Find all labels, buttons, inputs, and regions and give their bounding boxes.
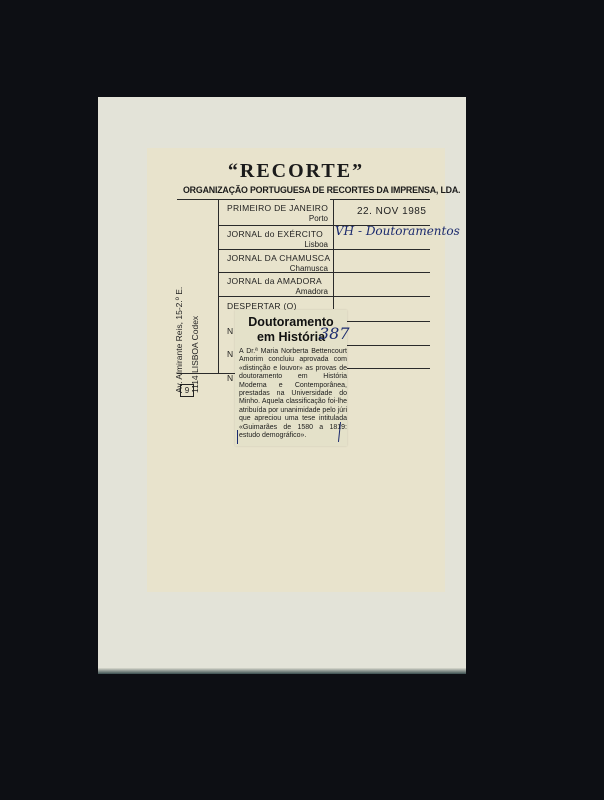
address-block: Av. Almirante Reis, 15-2.º E. 1114 LISBO… [171, 287, 203, 393]
address-street: Av. Almirante Reis, 15-2.º E. [171, 287, 187, 393]
row-rule [333, 321, 430, 322]
publication-city: Porto [309, 214, 328, 223]
handwritten-note: VH - Doutoramentos [335, 224, 460, 238]
publication-name: JORNAL da AMADORA [227, 276, 322, 286]
box-number: 9 [180, 384, 194, 397]
publication-city: Chamusca [290, 264, 328, 273]
address-city: 1114 LISBOA Codex [187, 287, 203, 393]
organization-name: ORGANIZAÇÃO PORTUGUESA DE RECORTES DA IM… [183, 185, 460, 196]
publication-row: JORNAL DA CHAMUSCA Chamusca [219, 250, 334, 272]
publication-name: N [227, 326, 233, 336]
publication-name: JORNAL do EXÉRCITO [227, 229, 323, 239]
date-stamp: 22. NOV 1985 [357, 206, 426, 217]
clipping-body: A Dr.ª Maria Norberta Bettencourt Amorim… [239, 348, 347, 440]
publication-city: Amadora [296, 287, 328, 296]
rule-top-right [330, 199, 430, 200]
backing-sheet-edge [98, 668, 466, 674]
handwritten-number: 387 [319, 324, 350, 343]
publication-city: Lisboa [304, 240, 328, 249]
publication-name: PRIMEIRO DE JANEIRO [227, 203, 328, 213]
publication-name: N [227, 373, 233, 383]
row-rule [333, 368, 430, 369]
recorte-clipping-slip: “RECORTE” ORGANIZAÇÃO PORTUGUESA DE RECO… [147, 148, 445, 592]
publication-row: JORNAL da AMADORA Amadora [219, 273, 334, 296]
newspaper-clipping: Doutoramento em História 387 A Dr.ª Mari… [235, 310, 347, 446]
pen-mark-left [237, 430, 238, 444]
row-rule [333, 345, 430, 346]
brand-title: “RECORTE” [147, 160, 445, 183]
publication-name: N [227, 349, 233, 359]
publication-row: PRIMEIRO DE JANEIRO Porto [219, 200, 334, 225]
publication-row: JORNAL do EXÉRCITO Lisboa [219, 226, 334, 249]
publication-name: JORNAL DA CHAMUSCA [227, 253, 330, 263]
